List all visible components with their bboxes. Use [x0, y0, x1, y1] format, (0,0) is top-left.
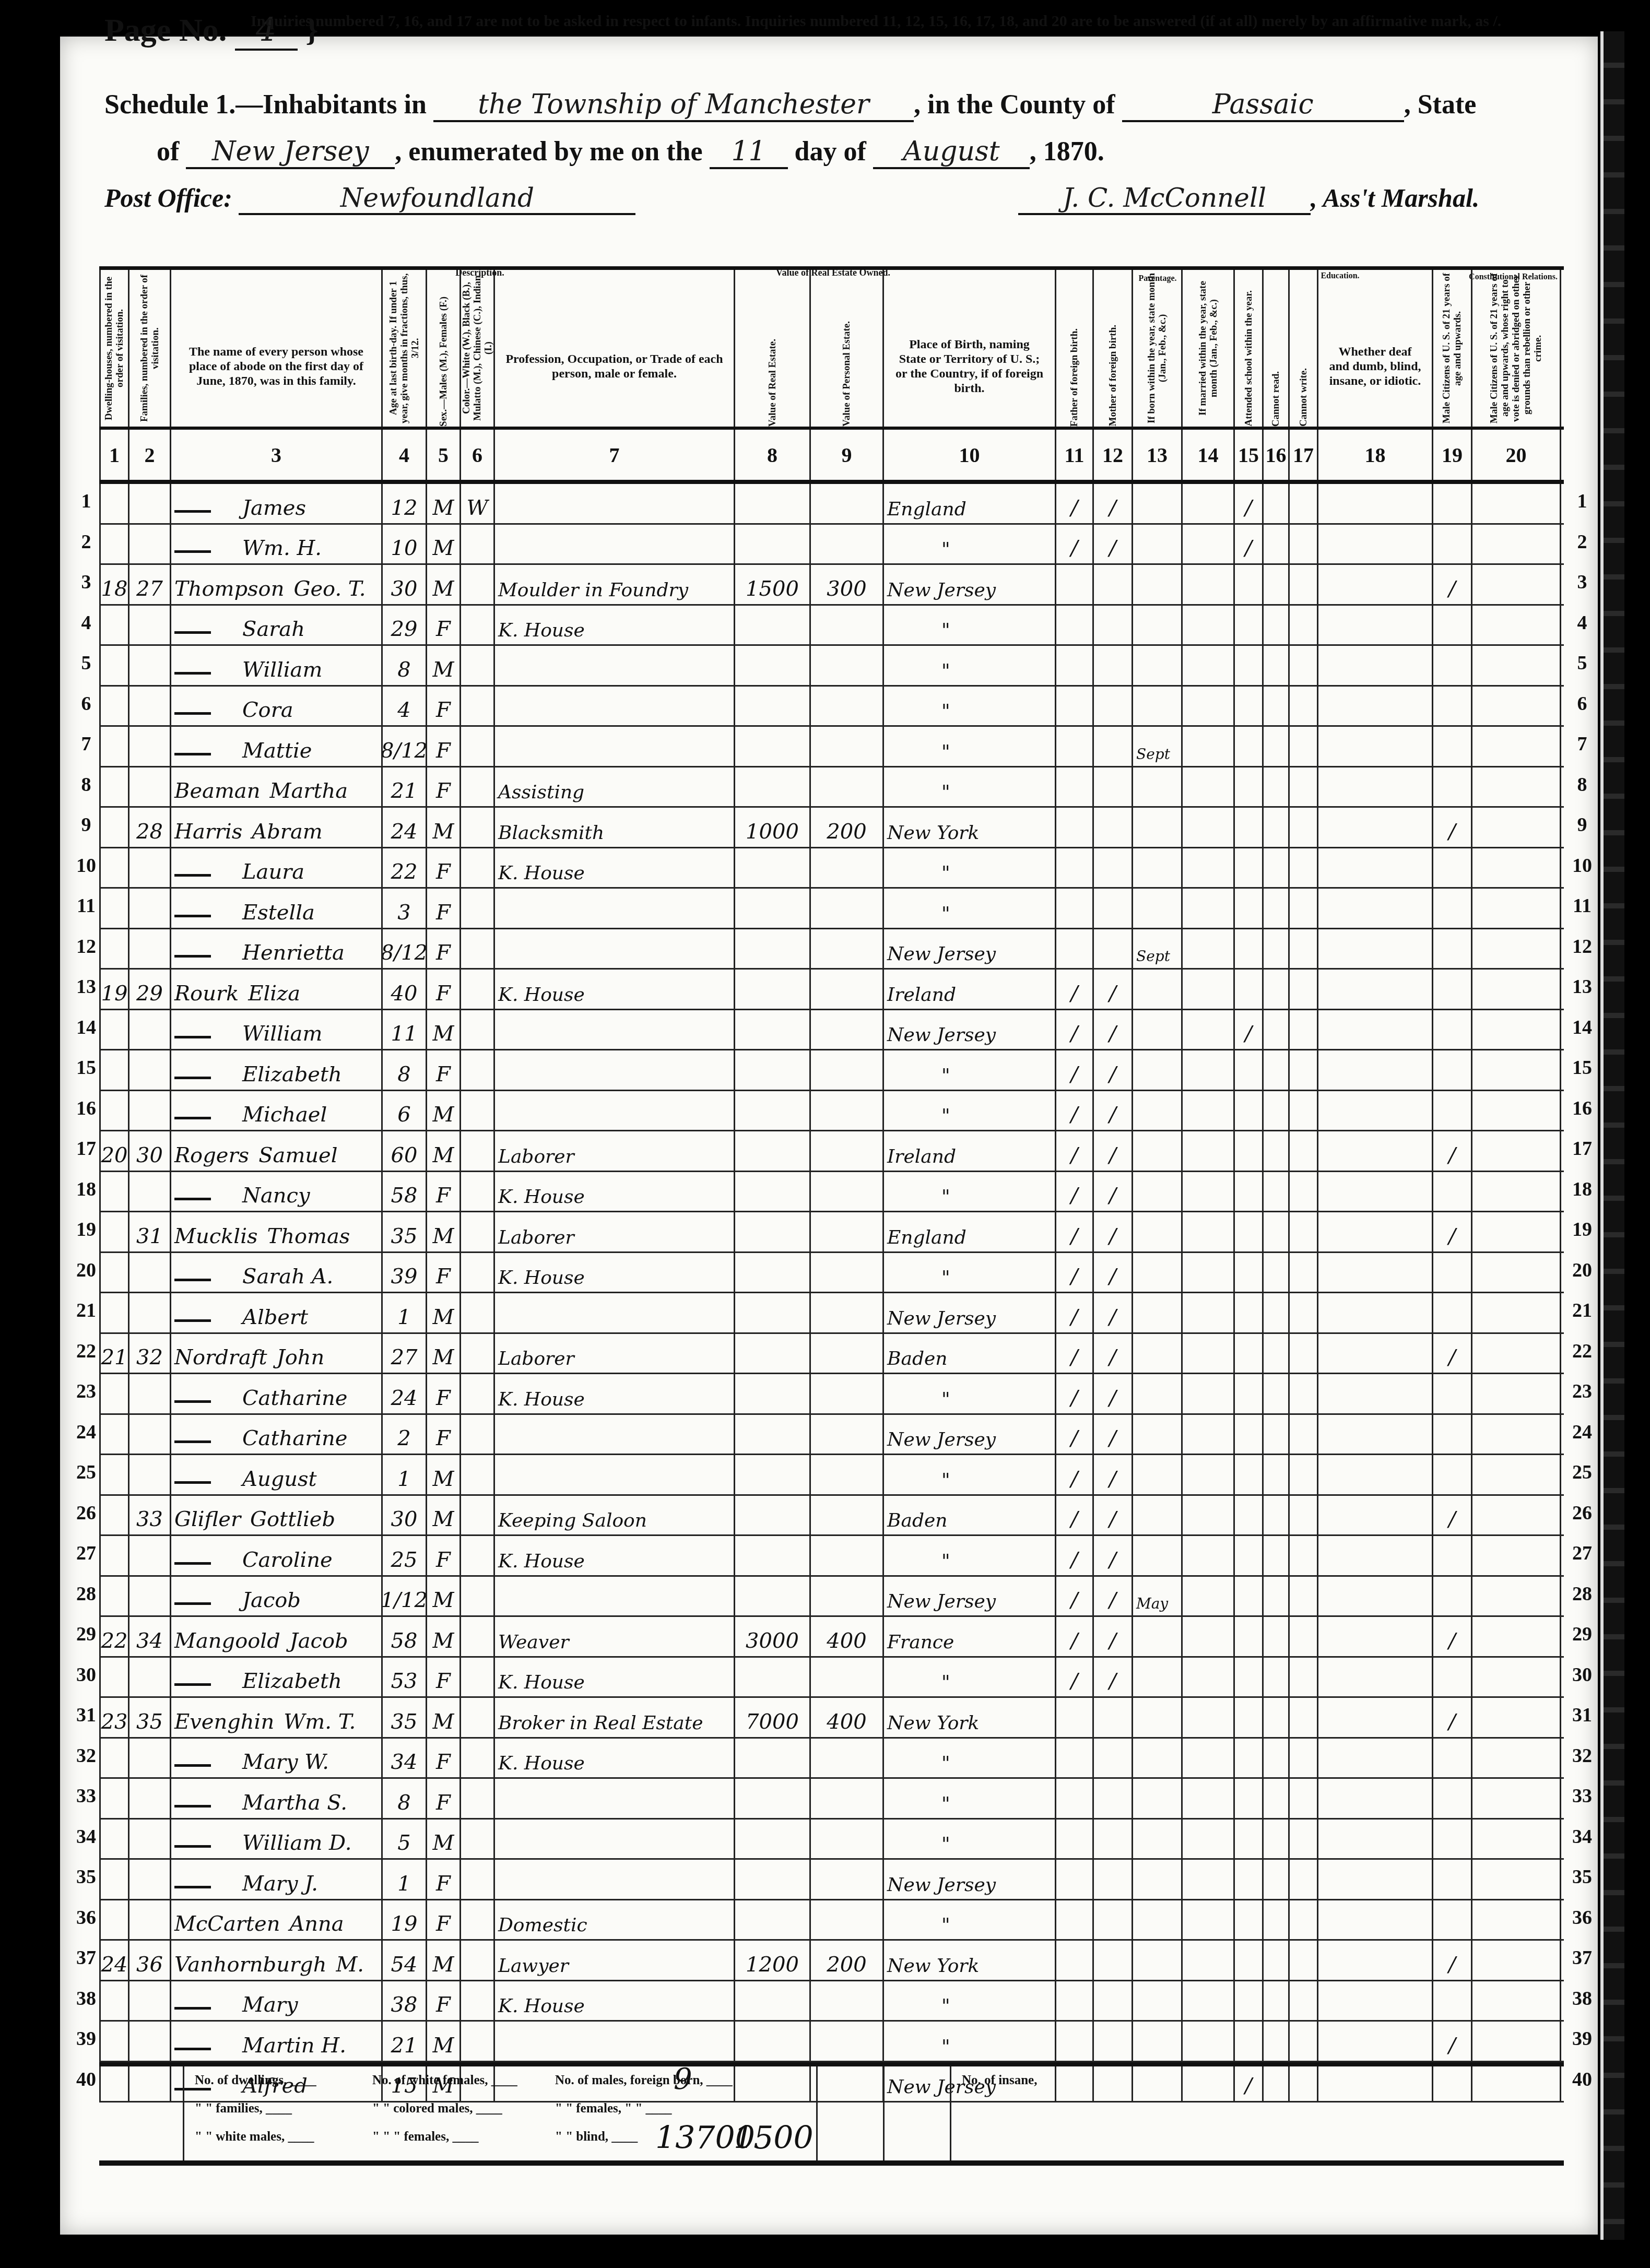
ditto-dash [174, 1683, 211, 1686]
school-cell [1235, 687, 1264, 726]
family-cell [129, 2022, 171, 2061]
school-cell [1235, 2022, 1264, 2061]
dwelling-cell [99, 1779, 129, 1818]
blank-cell [1264, 970, 1290, 1009]
name-cell: ThompsonGeo. T. [171, 565, 383, 604]
voter-cell [1433, 1010, 1472, 1049]
line-number-right: 4 [1566, 611, 1598, 634]
blank-cell [1290, 606, 1318, 645]
line-number-left: 18 [70, 1178, 102, 1201]
table-row: Mattie8/12F"Sept [99, 727, 1564, 767]
line-number-left: 4 [70, 611, 102, 634]
voter-cell [1433, 1455, 1472, 1494]
line-number-right: 3 [1566, 571, 1598, 594]
table-row: 2030RogersSamuel60MLaborerIreland/// [99, 1131, 1564, 1172]
column-header-label: Male Citizens of U. S. of 21 years of ag… [1489, 270, 1543, 427]
occupation-cell [495, 1455, 735, 1494]
dwelling-cell [99, 1900, 129, 1940]
age-cell: 25 [383, 1536, 427, 1575]
blank-cell [1290, 525, 1318, 564]
married_month-cell [1183, 970, 1235, 1009]
mother_foreign-cell: / [1094, 1577, 1133, 1616]
occupation-cell: K. House [495, 970, 735, 1009]
born_month-cell [1133, 1172, 1183, 1211]
age-cell: 34 [383, 1739, 427, 1778]
father_foreign-cell: / [1056, 1253, 1094, 1292]
table-row: 2234MangooldJacob58MWeaver3000400France/… [99, 1617, 1564, 1658]
line-number-right: 32 [1566, 1744, 1598, 1767]
voter-cell [1433, 889, 1472, 928]
birthplace-cell: " [884, 2022, 1056, 2061]
column-header-label: Value of Personal Estate. [841, 321, 852, 427]
blank-cell [1290, 1779, 1318, 1818]
blank-cell [1290, 1860, 1318, 1899]
color-cell [461, 525, 495, 564]
mother_foreign-cell: / [1094, 1374, 1133, 1413]
table-row: 31MucklisThomas35MLaborerEngland/// [99, 1212, 1564, 1253]
blank-cell [1264, 1172, 1290, 1211]
blank-cell [1472, 767, 1561, 807]
table-row: Mary W.34FK. House" [99, 1739, 1564, 1779]
name-cell: Mary J. [171, 1860, 383, 1899]
surname: Vanhornburgh [174, 1953, 326, 1977]
given-name: Mary [242, 1993, 298, 2017]
color-cell [461, 1900, 495, 1940]
blank-cell [1264, 1739, 1290, 1778]
real-cell [735, 1981, 811, 2021]
school-cell [1235, 1172, 1264, 1211]
born_month-cell [1133, 1455, 1183, 1494]
personal-cell: 200 [811, 808, 884, 847]
occupation-cell [495, 727, 735, 766]
real-cell: 7000 [735, 1698, 811, 1737]
name-cell: NordraftJohn [171, 1334, 383, 1373]
mother_foreign-cell [1094, 727, 1133, 766]
line-number-left: 10 [70, 854, 102, 877]
married_month-cell [1183, 2022, 1235, 2061]
blank-cell [1318, 484, 1433, 523]
real-cell [735, 1820, 811, 1859]
father_foreign-cell [1056, 848, 1094, 888]
born_month-cell [1133, 1212, 1183, 1251]
born_month-cell [1133, 1050, 1183, 1090]
color-cell [461, 929, 495, 968]
line-number-left: 20 [70, 1259, 102, 1282]
age-cell: 54 [383, 1941, 427, 1980]
dwelling-cell [99, 1050, 129, 1090]
married_month-cell [1183, 1293, 1235, 1332]
personal-cell [811, 1334, 884, 1373]
table-row: Sarah29FK. House" [99, 606, 1564, 646]
personal-cell [811, 606, 884, 645]
ditto-dash [174, 1400, 211, 1403]
line-number-right: 34 [1566, 1825, 1598, 1848]
father_foreign-cell: / [1056, 1455, 1094, 1494]
name-cell: Mary W. [171, 1739, 383, 1778]
marshal-line: J. C. McConnell, Ass't Marshal. [1018, 183, 1479, 215]
mother_foreign-cell [1094, 1860, 1133, 1899]
footer-col-1: No. of dwellings, ____ " " families, ___… [184, 2066, 362, 2160]
occupation-cell [495, 1415, 735, 1454]
family-cell: 29 [129, 970, 171, 1009]
age-cell: 38 [383, 1981, 427, 2021]
line-number-right: 20 [1566, 1259, 1598, 1282]
footer-col-2: No. of white females, ____ " " colored m… [362, 2066, 545, 2160]
blank-cell [1472, 1172, 1561, 1211]
dwelling-cell: 21 [99, 1334, 129, 1373]
blank-cell [1472, 1010, 1561, 1049]
personal-cell [811, 1050, 884, 1090]
surname: Mangoold [174, 1629, 280, 1653]
sex-cell: M [427, 1698, 461, 1737]
born_month-cell [1133, 565, 1183, 604]
personal-cell [811, 1091, 884, 1130]
table-row: 2335EvenghinWm. T.35MBroker in Real Esta… [99, 1698, 1564, 1739]
blank-cell [1472, 525, 1561, 564]
footer-foreign-females: " " females, " " ____ [555, 2095, 816, 2123]
married_month-cell [1183, 1739, 1235, 1778]
blank-cell [1290, 1658, 1318, 1697]
blank-cell [1318, 525, 1433, 564]
sex-cell: F [427, 1050, 461, 1090]
blank-cell [1264, 1981, 1290, 2021]
school-cell [1235, 1860, 1264, 1899]
real-cell [735, 1253, 811, 1292]
mother_foreign-cell [1094, 767, 1133, 807]
line-number-right: 31 [1566, 1704, 1598, 1727]
father_foreign-cell: / [1056, 1334, 1094, 1373]
occupation-cell [495, 889, 735, 928]
age-cell: 58 [383, 1617, 427, 1656]
blank-cell [1290, 767, 1318, 807]
blank-cell [1472, 1900, 1561, 1940]
personal-cell [811, 2022, 884, 2061]
age-cell: 8 [383, 1779, 427, 1818]
family-cell [129, 767, 171, 807]
born_month-cell [1133, 1415, 1183, 1454]
blank-cell [1290, 1739, 1318, 1778]
table-row: Mary J.1FNew Jersey [99, 1860, 1564, 1900]
mother_foreign-cell [1094, 565, 1133, 604]
color-cell [461, 687, 495, 726]
family-cell: 30 [129, 1131, 171, 1171]
line-number-right: 25 [1566, 1461, 1598, 1484]
real-cell [735, 1293, 811, 1332]
birthplace-cell: New York [884, 1698, 1056, 1737]
personal-cell: 400 [811, 1617, 884, 1656]
married_month-cell [1183, 1981, 1235, 2021]
real-cell [735, 1212, 811, 1251]
birthplace-cell: New Jersey [884, 1860, 1056, 1899]
color-cell [461, 1820, 495, 1859]
column-header-label: If born within the year, state month (Ja… [1146, 270, 1168, 427]
blank-cell [1318, 1658, 1433, 1697]
family-cell: 32 [129, 1334, 171, 1373]
family-cell [129, 1860, 171, 1899]
color-cell [461, 848, 495, 888]
father_foreign-cell [1056, 606, 1094, 645]
occupation-cell [495, 1860, 735, 1899]
dwelling-cell [99, 1293, 129, 1332]
age-cell: 4 [383, 687, 427, 726]
personal-cell [811, 1779, 884, 1818]
occupation-cell: K. House [495, 1536, 735, 1575]
blank-cell [1290, 1496, 1318, 1535]
married_month-cell [1183, 687, 1235, 726]
blank-cell [1318, 970, 1433, 1009]
blank-cell [1290, 1617, 1318, 1656]
dwelling-cell [99, 1820, 129, 1859]
blank-cell [1472, 1091, 1561, 1130]
blank-cell [1472, 808, 1561, 847]
given-name: Sarah A. [242, 1265, 333, 1289]
blank-cell [1318, 1091, 1433, 1130]
voter-cell [1433, 1981, 1472, 2021]
day-of-label: day of [795, 137, 866, 167]
mother_foreign-cell: / [1094, 1455, 1133, 1494]
mother_foreign-cell [1094, 808, 1133, 847]
blank-cell [1264, 1050, 1290, 1090]
color-cell [461, 727, 495, 766]
birthplace-cell: England [884, 484, 1056, 523]
married_month-cell [1183, 1172, 1235, 1211]
blank-cell [1318, 1860, 1433, 1899]
column-number-16: 16 [1264, 430, 1290, 480]
sex-cell: F [427, 1658, 461, 1697]
voter-cell [1433, 1577, 1472, 1616]
dwelling-cell: 22 [99, 1617, 129, 1656]
blank-cell [1472, 1334, 1561, 1373]
line-number-left: 32 [70, 1744, 102, 1767]
column-header-5: Sex.—Males (M.), Females (F.) [427, 270, 461, 427]
birthplace-cell: New Jersey [884, 929, 1056, 968]
birthplace-cell: Baden [884, 1334, 1056, 1373]
state-line: of New Jersey, enumerated by me on the 1… [157, 136, 1104, 169]
dwelling-cell: 19 [99, 970, 129, 1009]
blank-cell [1318, 1010, 1433, 1049]
birthplace-cell: " [884, 1658, 1056, 1697]
blank-cell [1318, 687, 1433, 726]
name-cell: Sarah [171, 606, 383, 645]
school-cell [1235, 1941, 1264, 1980]
father_foreign-cell [1056, 1900, 1094, 1940]
column-number-12: 12 [1094, 430, 1133, 480]
column-header-label: Whether deaf and dumb, blind, insane, or… [1318, 308, 1432, 388]
blank-cell [1472, 1212, 1561, 1251]
birthplace-cell: New York [884, 808, 1056, 847]
given-name: Geo. T. [293, 577, 366, 601]
mother_foreign-cell: / [1094, 1010, 1133, 1049]
father_foreign-cell: / [1056, 970, 1094, 1009]
age-cell: 30 [383, 565, 427, 604]
age-cell: 1/12 [383, 1577, 427, 1616]
name-cell: Sarah A. [171, 1253, 383, 1292]
birthplace-cell: " [884, 687, 1056, 726]
color-cell [461, 1253, 495, 1292]
blank-cell [1472, 1698, 1561, 1737]
blank-cell [1290, 1010, 1318, 1049]
personal-cell [811, 484, 884, 523]
voter-cell [1433, 1091, 1472, 1130]
mother_foreign-cell: / [1094, 1658, 1133, 1697]
blank-cell [1472, 929, 1561, 968]
table-row: Catharine24FK. House"// [99, 1374, 1564, 1415]
blank-cell [1290, 727, 1318, 766]
voter-cell: / [1433, 2022, 1472, 2061]
family-cell [129, 1739, 171, 1778]
surname: Harris [174, 820, 242, 844]
blank-cell [1264, 1860, 1290, 1899]
table-row: Elizabeth8F"// [99, 1050, 1564, 1091]
line-number-left: 9 [70, 813, 102, 836]
table-body: James12MWEngland///Wm. H.10M"///1827Thom… [99, 484, 1564, 2102]
column-header-9: Value of Personal Estate. [811, 270, 884, 427]
father_foreign-cell: / [1056, 1293, 1094, 1332]
name-cell: Elizabeth [171, 1658, 383, 1697]
column-number-4: 4 [383, 430, 427, 480]
voter-cell [1433, 646, 1472, 685]
blank-cell [1264, 767, 1290, 807]
column-header-10: Place of Birth, naming State or Territor… [884, 270, 1056, 427]
age-cell: 12 [383, 484, 427, 523]
blank-cell [1290, 1455, 1318, 1494]
birthplace-cell: Ireland [884, 1131, 1056, 1171]
color-cell [461, 1010, 495, 1049]
blank-cell [1264, 889, 1290, 928]
blank-cell [1290, 808, 1318, 847]
given-name: Albert [242, 1305, 308, 1329]
voter-cell: / [1433, 1334, 1472, 1373]
blank-cell [1318, 565, 1433, 604]
line-number-right: 14 [1566, 1016, 1598, 1039]
line-number-left: 17 [70, 1137, 102, 1160]
mother_foreign-cell: / [1094, 970, 1133, 1009]
dwelling-cell [99, 1577, 129, 1616]
father_foreign-cell [1056, 929, 1094, 968]
married_month-cell [1183, 1496, 1235, 1535]
color-cell [461, 2022, 495, 2061]
occupation-cell: Laborer [495, 1131, 735, 1171]
school-cell [1235, 1536, 1264, 1575]
mother_foreign-cell [1094, 1900, 1133, 1940]
blank-cell [1264, 1658, 1290, 1697]
dwelling-cell [99, 929, 129, 968]
married_month-cell [1183, 1779, 1235, 1818]
dwelling-cell [99, 1415, 129, 1454]
real-cell [735, 1577, 811, 1616]
given-name: Martin H. [242, 2034, 346, 2058]
married_month-cell [1183, 1941, 1235, 1980]
father_foreign-cell [1056, 1820, 1094, 1859]
name-cell: William [171, 1010, 383, 1049]
surname: Glifler [174, 1507, 241, 1531]
given-name: Nancy [242, 1184, 310, 1208]
blank-cell [1290, 484, 1318, 523]
real-cell [735, 1496, 811, 1535]
blank-cell [1472, 1981, 1561, 2021]
age-cell: 29 [383, 606, 427, 645]
birthplace-cell: " [884, 525, 1056, 564]
table-row: 33GliflerGottlieb30MKeeping SaloonBaden/… [99, 1496, 1564, 1537]
school-cell [1235, 1374, 1264, 1413]
personal-cell [811, 1415, 884, 1454]
name-cell: Catharine [171, 1415, 383, 1454]
sex-cell: M [427, 1617, 461, 1656]
sex-cell: M [427, 646, 461, 685]
real-cell [735, 1739, 811, 1778]
blank-cell [1290, 1172, 1318, 1211]
voter-cell [1433, 1374, 1472, 1413]
given-name: Abram [252, 820, 322, 844]
blank-cell [1472, 606, 1561, 645]
sex-cell: M [427, 1293, 461, 1332]
real-cell [735, 1900, 811, 1940]
column-header-8: Value of Real Estate. [735, 270, 811, 427]
dwelling-cell [99, 1536, 129, 1575]
ditto-dash [174, 753, 211, 755]
family-cell [129, 1658, 171, 1697]
married_month-cell [1183, 1698, 1235, 1737]
line-number-left: 38 [70, 1987, 102, 2010]
blank-cell [1264, 929, 1290, 968]
column-number-2: 2 [129, 430, 171, 480]
name-cell: Cora [171, 687, 383, 726]
blank-cell [1472, 848, 1561, 888]
line-number-left: 25 [70, 1461, 102, 1484]
age-cell: 3 [383, 889, 427, 928]
personal-cell [811, 1900, 884, 1940]
marshal-label: , Ass't Marshal. [1311, 183, 1479, 212]
line-number-right: 33 [1566, 1785, 1598, 1808]
state-field: New Jersey [186, 136, 395, 169]
blank-cell [1318, 1253, 1433, 1292]
mother_foreign-cell: / [1094, 525, 1133, 564]
column-header-label: Profession, Occupation, or Trade of each… [495, 315, 734, 381]
blank-cell [1318, 1415, 1433, 1454]
name-cell: Michael [171, 1091, 383, 1130]
ditto-dash [174, 1319, 211, 1322]
real-cell: 1500 [735, 565, 811, 604]
line-number-right: 18 [1566, 1178, 1598, 1201]
blank-cell [1290, 646, 1318, 685]
name-cell: Mary [171, 1981, 383, 2021]
line-number-right: 39 [1566, 2027, 1598, 2050]
age-cell: 8/12 [383, 929, 427, 968]
occupation-cell: Broker in Real Estate [495, 1698, 735, 1737]
column-header-label: Color.—White (W.), Black (B.), Mulatto (… [461, 270, 494, 427]
real-cell [735, 1658, 811, 1697]
occupation-cell [495, 525, 735, 564]
column-header-label: The name of every person whose place of … [171, 308, 381, 388]
mother_foreign-cell [1094, 646, 1133, 685]
mother_foreign-cell: / [1094, 1212, 1133, 1251]
blank-cell [1472, 1374, 1561, 1413]
mother_foreign-cell [1094, 929, 1133, 968]
born_month-cell: Sept [1133, 929, 1183, 968]
blank-cell [1290, 1334, 1318, 1373]
given-name: Henrietta [242, 941, 345, 965]
table-row: Laura22FK. House" [99, 848, 1564, 889]
name-cell: Wm. H. [171, 525, 383, 564]
sex-cell: F [427, 687, 461, 726]
binding-edge [1600, 31, 1624, 2240]
mother_foreign-cell: / [1094, 1293, 1133, 1332]
blank-cell [1472, 1617, 1561, 1656]
table-row: James12MWEngland/// [99, 484, 1564, 525]
sex-cell: F [427, 929, 461, 968]
blank-cell [1318, 1941, 1433, 1980]
mother_foreign-cell [1094, 848, 1133, 888]
